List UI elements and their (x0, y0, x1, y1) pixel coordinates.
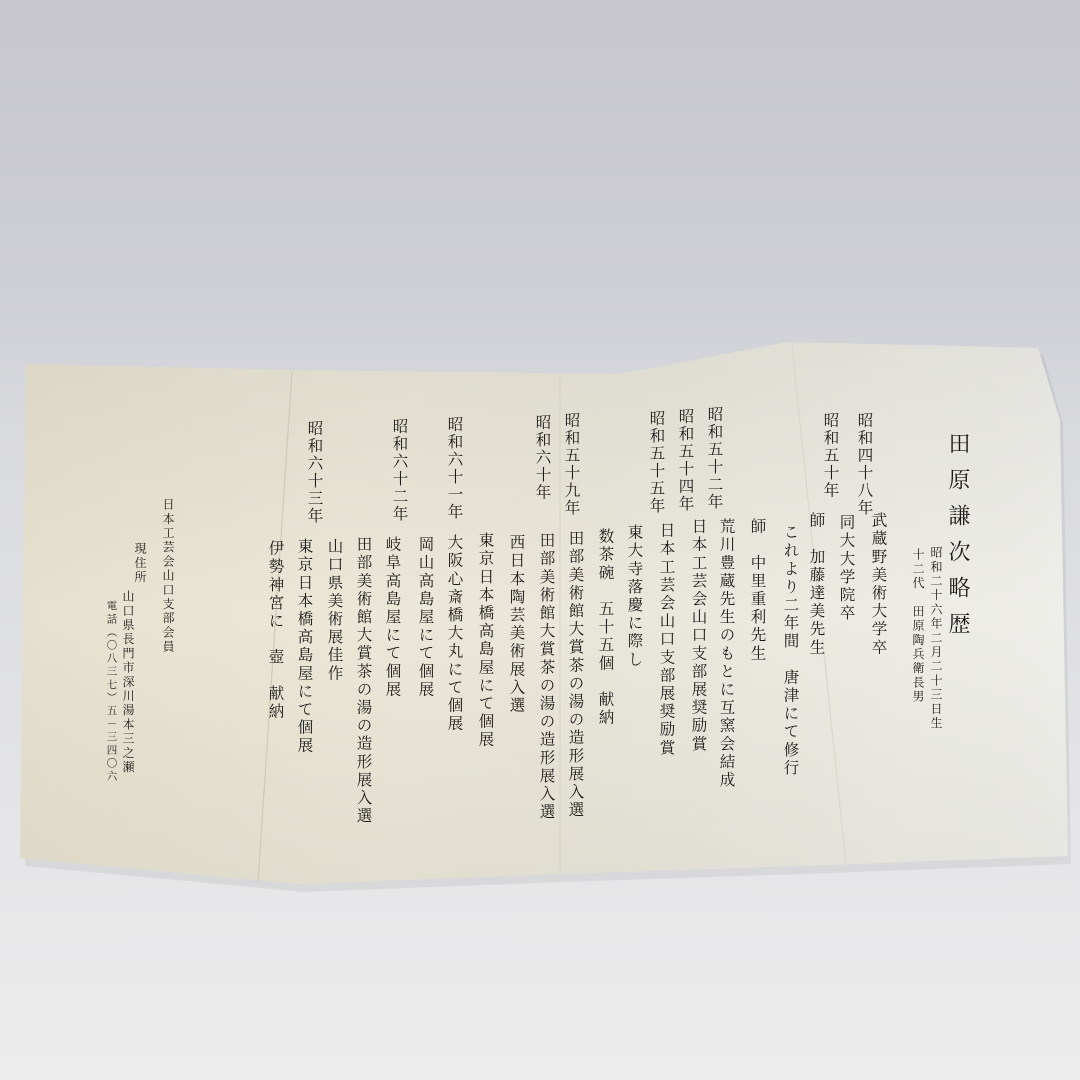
timeline-year: 昭和四十八年 (856, 412, 872, 517)
lineage: 十二代 田原陶兵衛長男 (912, 548, 924, 704)
timeline-entry: 岡山高島屋にて個展 (417, 536, 433, 699)
timeline-entry: 日本工芸会山口支部展奨励賞 (690, 518, 706, 753)
timeline-year: 昭和六十一年 (446, 416, 462, 521)
timeline-entry: 伊勢神宮に 壺 献納 (267, 540, 283, 721)
timeline-year: 昭和五十年 (822, 412, 838, 500)
timeline-entry: 同大大学院卒 (838, 514, 854, 623)
timeline-entry: 田部美術館大賞茶の湯の造形展入選 (567, 530, 583, 820)
timeline-year: 昭和五十五年 (648, 410, 664, 515)
timeline-entry: 荒川豊蔵先生のもとに互窯会結成 (718, 518, 734, 790)
timeline-year: 昭和六十三年 (306, 420, 322, 525)
address: 山口県長門市深川湯本三之瀬 (122, 590, 134, 775)
address-label: 現住所 (134, 542, 146, 585)
timeline-entry: 東京日本橋高島屋にて個展 (477, 532, 493, 749)
timeline-entry: 大阪心斎橋大丸にて個展 (446, 534, 462, 733)
timeline-entry: 西日本陶芸美術展入選 (508, 534, 524, 715)
birth-date: 昭和二十六年二月二十三日生 (930, 546, 942, 731)
membership: 日本工芸会山口支部会員 (162, 498, 174, 654)
timeline-entry: 日本工芸会山口支部展奨励賞 (658, 522, 674, 757)
timeline-entry: 師 加藤達美先生 (808, 512, 824, 657)
timeline-year: 昭和六十二年 (391, 418, 407, 523)
timeline-entry: 田部美術館大賞茶の湯の造形展入選 (355, 536, 371, 826)
timeline-entry: 数茶碗 五十五個 献納 (597, 528, 613, 727)
timeline-year: 昭和五十二年 (706, 406, 722, 511)
phone-number: 電話（〇八三七）五－三四〇六 (106, 600, 117, 783)
timeline-year: 昭和五十九年 (563, 412, 579, 517)
timeline-entry: 山口県美術展佳作 (326, 538, 342, 683)
timeline-year: 昭和五十四年 (677, 408, 693, 513)
timeline-entry: 武蔵野美術大学卒 (870, 512, 886, 657)
timeline-entry: 東大寺落慶に際し (626, 524, 642, 669)
timeline-entry: 東京日本橋高島屋にて個展 (296, 538, 312, 755)
document-title: 田原謙次略歴 (946, 432, 968, 648)
timeline-year: 昭和六十年 (534, 414, 550, 502)
timeline-entry: これより二年間 唐津にて修行 (782, 524, 798, 777)
timeline-entry: 田部美術館大賞茶の湯の造形展入選 (538, 532, 554, 822)
timeline-entry: 岐阜高島屋にて個展 (384, 536, 400, 699)
timeline-entry: 師 中里重利先生 (749, 518, 765, 663)
